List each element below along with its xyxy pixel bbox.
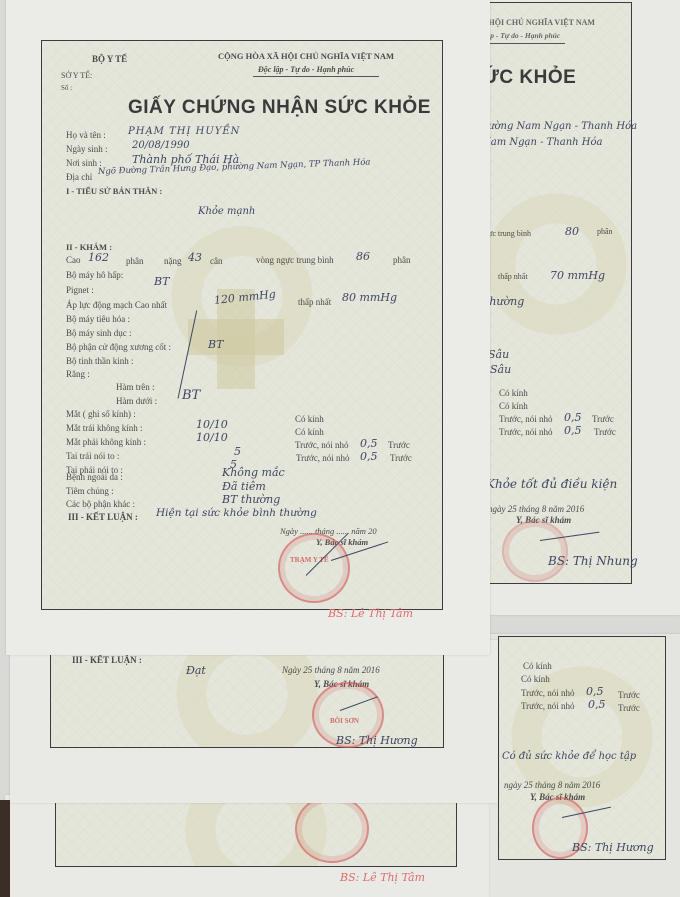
name-label: Họ và tên : [66,131,106,140]
bp-low-label: thấp nhất [498,273,528,281]
right-ear-whisper-label: Trước, nói nhỏ [296,454,350,463]
upper-jaw-label: Hàm trên : [116,383,155,392]
bp-low-value: 70 mmHg [550,270,605,281]
vaccination-value: Đã tiêm [222,481,266,492]
number-label: Số : [61,85,72,92]
doctor-name: BS: Thị Hương [336,735,418,746]
doctor-name: BS: Thị Nhung [548,555,638,567]
vaccination-label: Tiêm chủng : [66,487,114,496]
section-heading: III - KẾT LUẬN : [72,656,142,665]
left-eye-value: 10/10 [196,419,228,430]
eyes-label: Mắt ( ghi số kính) : [66,410,136,419]
dob-value: 20/08/1990 [132,141,190,151]
skin-disease-label: Bệnh ngoài da : [66,473,123,482]
ear-value: 0,5 [564,412,582,423]
date-line: ngày 25 tháng 8 năm 2016 [488,505,584,514]
left-eye-glasses-label: Có kính [295,415,324,424]
department-label: SỞ Y TẾ: [61,72,92,80]
glasses-label: Có kính [521,675,550,684]
chest-value: 86 [356,251,370,262]
ear-label: Trước [618,691,640,700]
doctor-name: BS: Lê Thị Tâm [328,607,413,620]
digestive-label: Bộ máy tiêu hóa : [66,315,130,324]
right-ear-after-label: Trước [390,454,412,463]
ear-label: Trước, nói nhỏ [499,415,553,424]
bp-low-value: 80 mmHg [342,292,397,303]
ear-label: Trước, nói nhỏ [521,689,575,698]
left-ear-whisper-value: 0,5 [360,438,378,449]
height-value: 162 [88,252,109,263]
right-eye-label: Mắt phải không kính : [66,438,146,447]
teeth-value: Sâu [488,349,509,360]
ear-value: 0,5 [564,425,582,436]
respiratory-label: Bộ máy hô hấp: [66,271,123,280]
conclusion-value: Đạt [186,665,206,676]
name-value: PHẠM THỊ HUYỀN [128,127,240,137]
left-ear-value: 5 [234,446,241,457]
address-value: Nam Ngạn - Thanh Hóa [482,138,603,148]
teeth-value: Sâu [490,364,511,375]
ministry-heading: BỘ Y TẾ [92,55,127,64]
ear-value: 0,5 [586,686,604,697]
right-ear-whisper-value: 0,5 [360,451,378,462]
chest-unit: phân [393,256,411,265]
left-ear-whisper-label: Trước, nói nhỏ [295,441,349,450]
ear-label: Trước [618,704,640,713]
bottom-left-certificate-sheet: III - KẾT LUẬN : Đạt Ngày 25 tháng 8 năm… [10,640,498,803]
pignet-label: Pignet : [66,286,94,295]
self-history-value: Khỏe mạnh [198,207,255,217]
stamp-icon [502,520,568,582]
main-certificate-sheet: BỘ Y TẾ SỞ Y TẾ: Số : CỘNG HÒA XÃ HỘI CH… [6,0,490,655]
lower-jaw-label: Hàm dưới : [116,397,157,406]
address-label: Địa chỉ [66,173,92,182]
left-ear-label: Tai trái nói to : [66,452,119,461]
other-organs-label: Các bộ phận khác : [66,500,135,509]
ear-label: Trước, nói nhỏ [499,428,553,437]
dob-label: Ngày sinh : [66,145,108,154]
respiratory-value: BT [154,276,169,287]
bottom-certificate-sheet: BS: Lê Thị Tâm [5,795,500,897]
conclusion-value: Hiện tại sức khỏe bình thường [156,508,317,519]
right-eye-glasses-label: Có kính [295,428,324,437]
ear-label: Trước, nói nhỏ [521,702,575,711]
glasses-label: Có kính [499,389,528,398]
nervous-label: Bộ tinh thần kinh : [66,357,134,366]
lower-jaw-value: BT [182,389,200,402]
height-label: Cao [66,256,81,265]
weight-unit: cân [210,257,223,266]
reproductive-label: Bộ máy sinh dục : [66,329,132,338]
background-object [0,800,10,897]
conclusion-value: Khỏe tốt đủ điều kiện [486,478,617,490]
height-unit: phân [126,257,144,266]
glasses-label: Có kính [523,662,552,671]
glasses-label: Có kính [499,402,528,411]
left-eye-label: Mắt trái không kính : [66,424,143,433]
bottom-right-certificate-sheet: Có kính Có kính Trước, nói nhỏ 0,5 Trước… [490,634,680,897]
chest-label: vòng ngực trung bình [256,256,334,265]
doctor-name: BS: Lê Thị Tâm [340,871,425,884]
bp-label: Áp lực động mạch Cao nhất [66,301,167,310]
ear-label: Trước [594,428,616,437]
musculoskeletal-label: Bộ phận cử động xương cốt : [66,343,171,352]
skin-disease-value: Không mắc [222,467,285,478]
right-eye-value: 10/10 [196,432,228,443]
weight-value: 43 [188,252,202,263]
birthplace-label: Nơi sinh : [66,159,102,168]
certificate-frame [41,40,443,610]
chest-unit: phân [597,228,613,236]
date-line: Ngày ...... tháng ...... năm 20 [280,527,377,536]
chest-value: 80 [565,226,579,237]
left-ear-after-label: Trước [388,441,410,450]
address-value: Đường Nam Ngạn - Thanh Hóa [480,122,637,132]
stamp-icon [295,795,369,863]
ear-value: 0,5 [588,699,606,710]
doctor-name: BS: Thị Hương [572,842,654,853]
other-organs-value: BT thường [222,494,280,505]
republic-heading: XÃ HỘI CHỦ NGHĨA VIỆT NAM [475,19,595,27]
date-line: Ngày 25 tháng 8 năm 2016 [282,666,380,675]
republic-heading: CỘNG HÒA XÃ HỘI CHỦ NGHĨA VIỆT NAM [218,52,394,61]
date-line: ngày 25 tháng 8 năm 2016 [504,781,600,790]
certificate-title: GIẤY CHỨNG NHẬN SỨC KHỎE [128,98,431,117]
teeth-label: Răng : [66,370,90,379]
motto: Độc lập - Tự do - Hạnh phúc [258,66,354,74]
musculoskeletal-value: BT [208,339,223,350]
section-heading: III - KẾT LUẬN : [68,513,138,522]
bp-low-label: thấp nhất [298,298,331,307]
conclusion-value: Có đủ sức khỏe để học tập [502,752,636,762]
stamp-text: BÔI SƠN [330,717,359,725]
ear-label: Trước [592,415,614,424]
weight-label: nặng [164,257,182,266]
section-heading: I - TIỂU SỬ BẢN THÂN : [66,187,162,196]
